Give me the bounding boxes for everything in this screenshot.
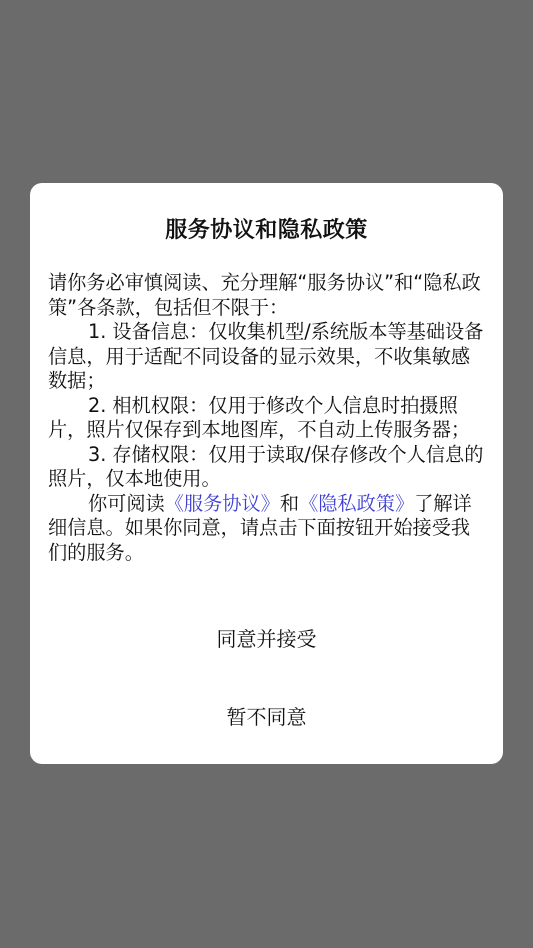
closing-text: 你可阅读《服务协议》和《隐私政策》了解详细信息。如果你同意，请点击下面按钮开始接… [48, 492, 485, 566]
item-camera-permission: 2. 相机权限：仅用于修改个人信息时拍摄照片，照片仅保存到本地图库，不自动上传服… [48, 394, 485, 443]
item-device-info: 1. 设备信息：仅收集机型/系统版本等基础设备信息，用于适配不同设备的显示效果，… [48, 320, 485, 394]
closing-and: 和 [280, 492, 299, 515]
dialog-title: 服务协议和隐私政策 [30, 213, 503, 244]
accept-button[interactable]: 同意并接受 [30, 623, 503, 652]
privacy-policy-link[interactable]: 《隐私政策》 [299, 492, 414, 515]
closing-prefix: 你可阅读 [88, 492, 165, 515]
privacy-dialog: 服务协议和隐私政策 请你务必审慎阅读、充分理解“服务协议”和“隐私政策”各条款，… [30, 183, 503, 764]
dialog-body: 请你务必审慎阅读、充分理解“服务协议”和“隐私政策”各条款，包括但不限于： 1.… [48, 271, 485, 565]
decline-button[interactable]: 暂不同意 [30, 701, 503, 730]
item-storage-permission: 3. 存储权限：仅用于读取/保存修改个人信息的照片，仅本地使用。 [48, 443, 485, 492]
service-agreement-link[interactable]: 《服务协议》 [165, 492, 280, 515]
intro-text: 请你务必审慎阅读、充分理解“服务协议”和“隐私政策”各条款，包括但不限于： [48, 271, 485, 320]
